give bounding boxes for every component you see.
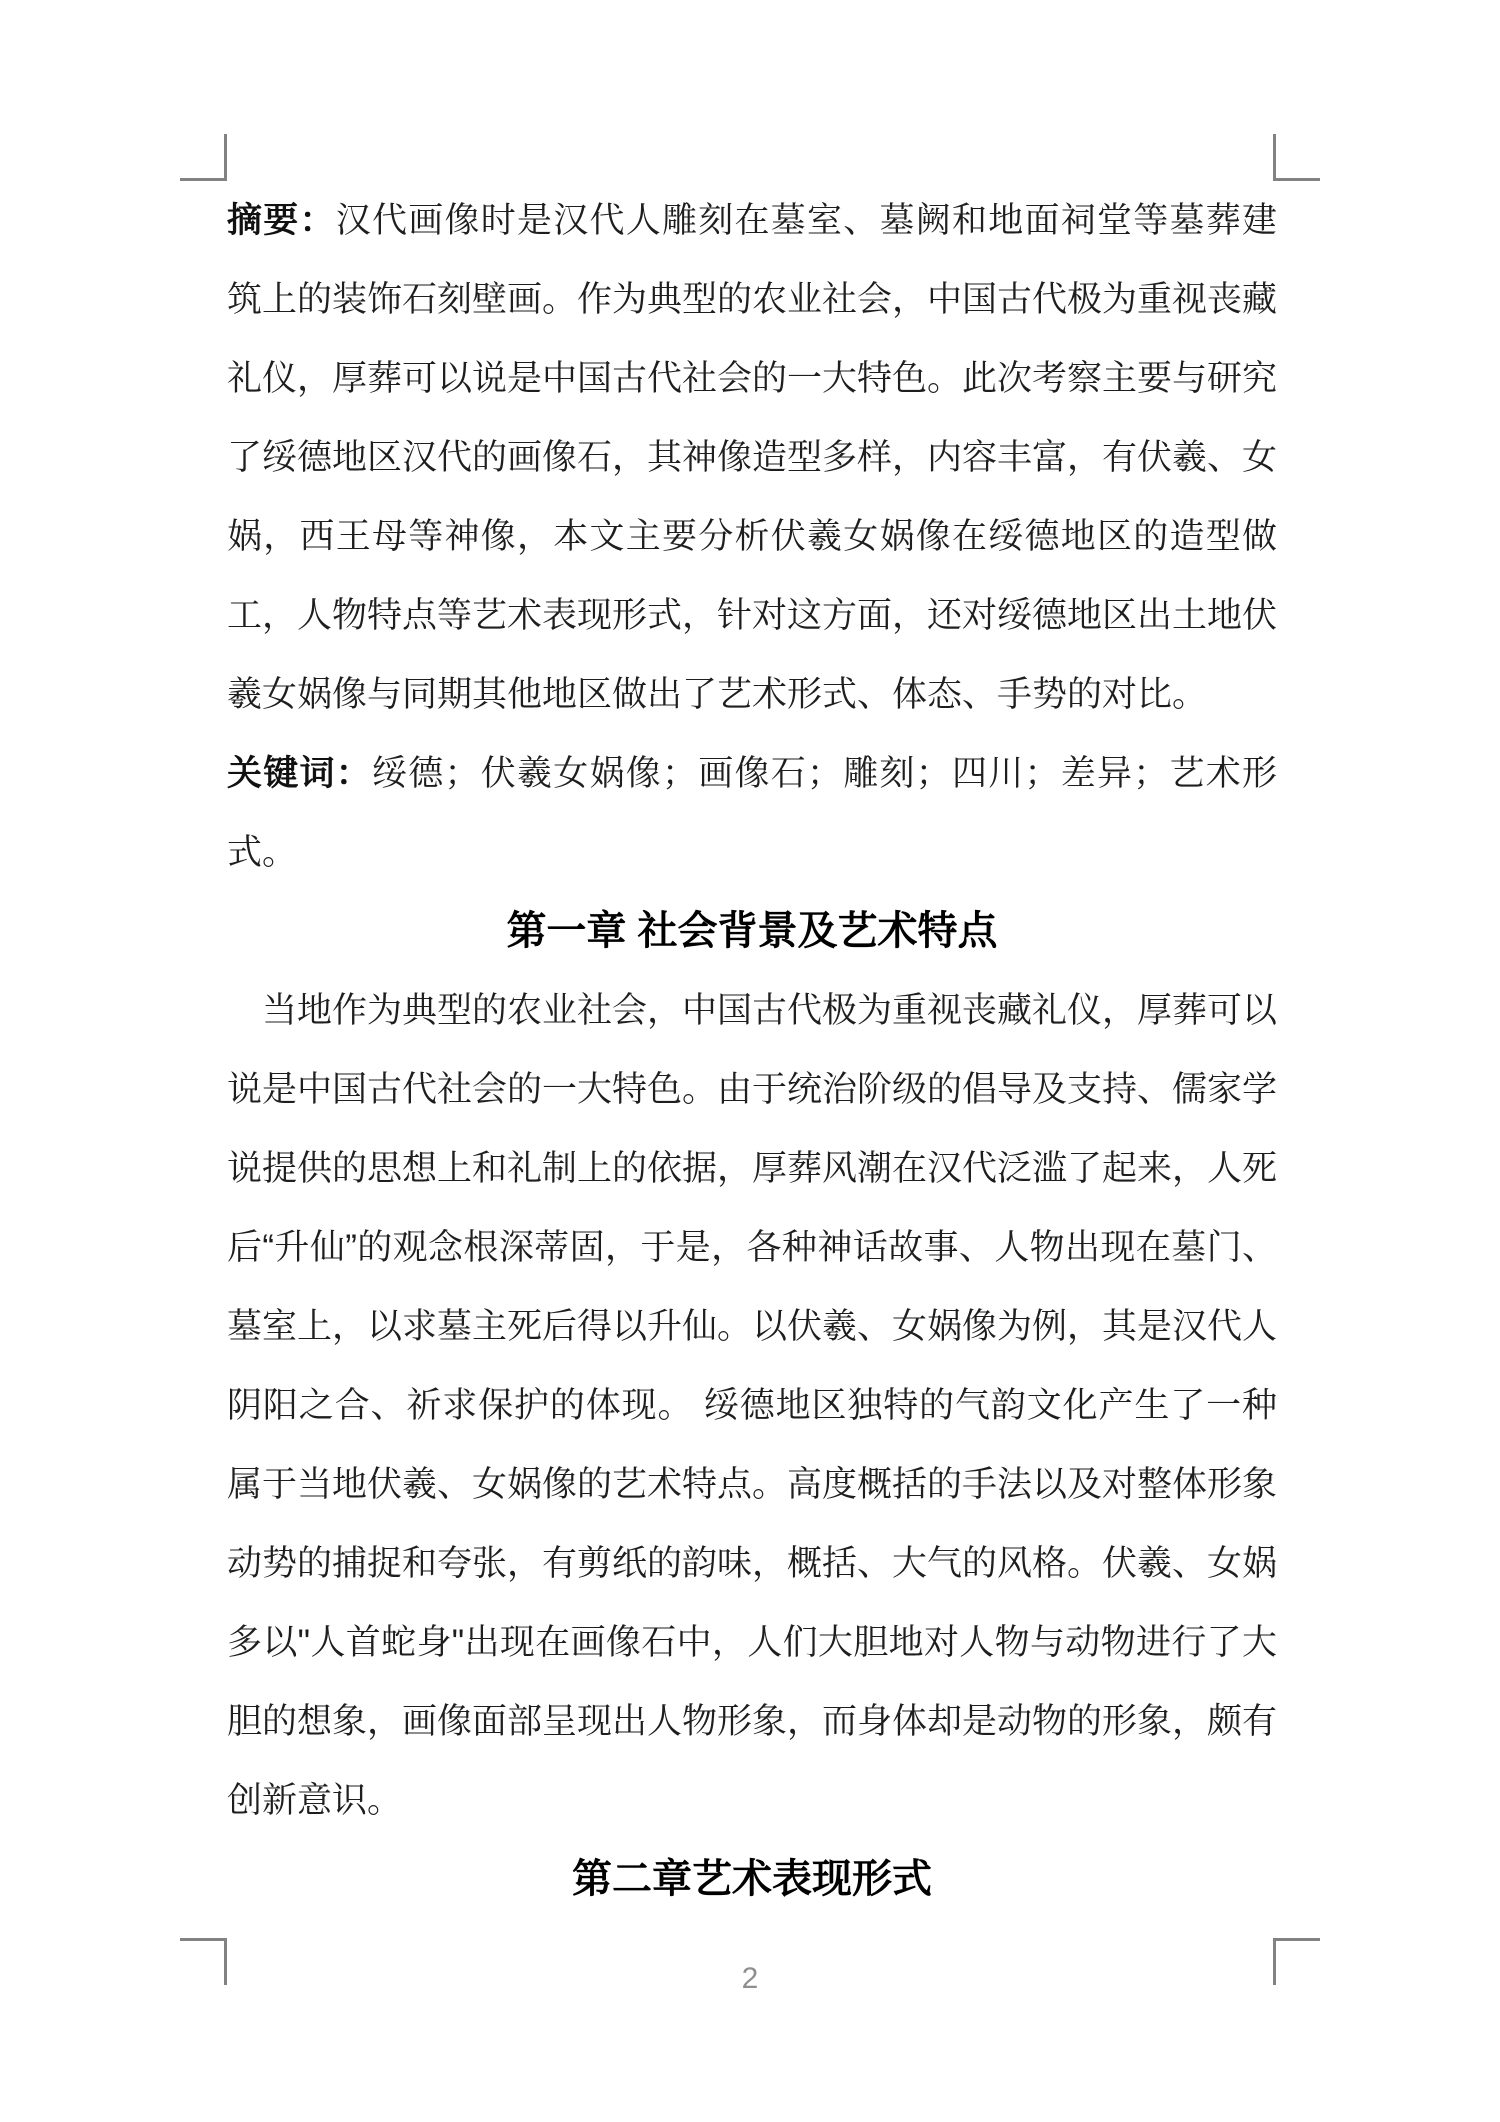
keywords-label: 关键词： <box>227 754 372 793</box>
chapter1-body: 当地作为典型的农业社会，中国古代极为重视丧藏礼仪，厚葬可以说是中国古代社会的一大… <box>227 971 1277 1840</box>
crop-mark-top-right-icon <box>1273 134 1320 181</box>
chapter2-title: 第二章艺术表现形式 <box>227 1840 1277 1919</box>
crop-mark-top-left-icon <box>180 134 227 181</box>
abstract-label: 摘要： <box>227 201 336 240</box>
document-page: 摘要：汉代画像时是汉代人雕刻在墓室、墓阙和地面祠堂等墓葬建筑上的装饰石刻壁画。作… <box>0 0 1500 2122</box>
text-body: 摘要：汉代画像时是汉代人雕刻在墓室、墓阙和地面祠堂等墓葬建筑上的装饰石刻壁画。作… <box>227 181 1277 1919</box>
keywords-text: 绥德；伏羲女娲像；画像石；雕刻；四川；差异；艺术形式。 <box>227 754 1277 872</box>
chapter1-title: 第一章 社会背景及艺术特点 <box>227 892 1277 971</box>
keywords-paragraph: 关键词：绥德；伏羲女娲像；画像石；雕刻；四川；差异；艺术形式。 <box>227 734 1277 892</box>
abstract-paragraph: 摘要：汉代画像时是汉代人雕刻在墓室、墓阙和地面祠堂等墓葬建筑上的装饰石刻壁画。作… <box>227 181 1277 734</box>
abstract-text: 汉代画像时是汉代人雕刻在墓室、墓阙和地面祠堂等墓葬建筑上的装饰石刻壁画。作为典型… <box>227 201 1277 714</box>
page-number: 2 <box>0 1962 1500 1996</box>
